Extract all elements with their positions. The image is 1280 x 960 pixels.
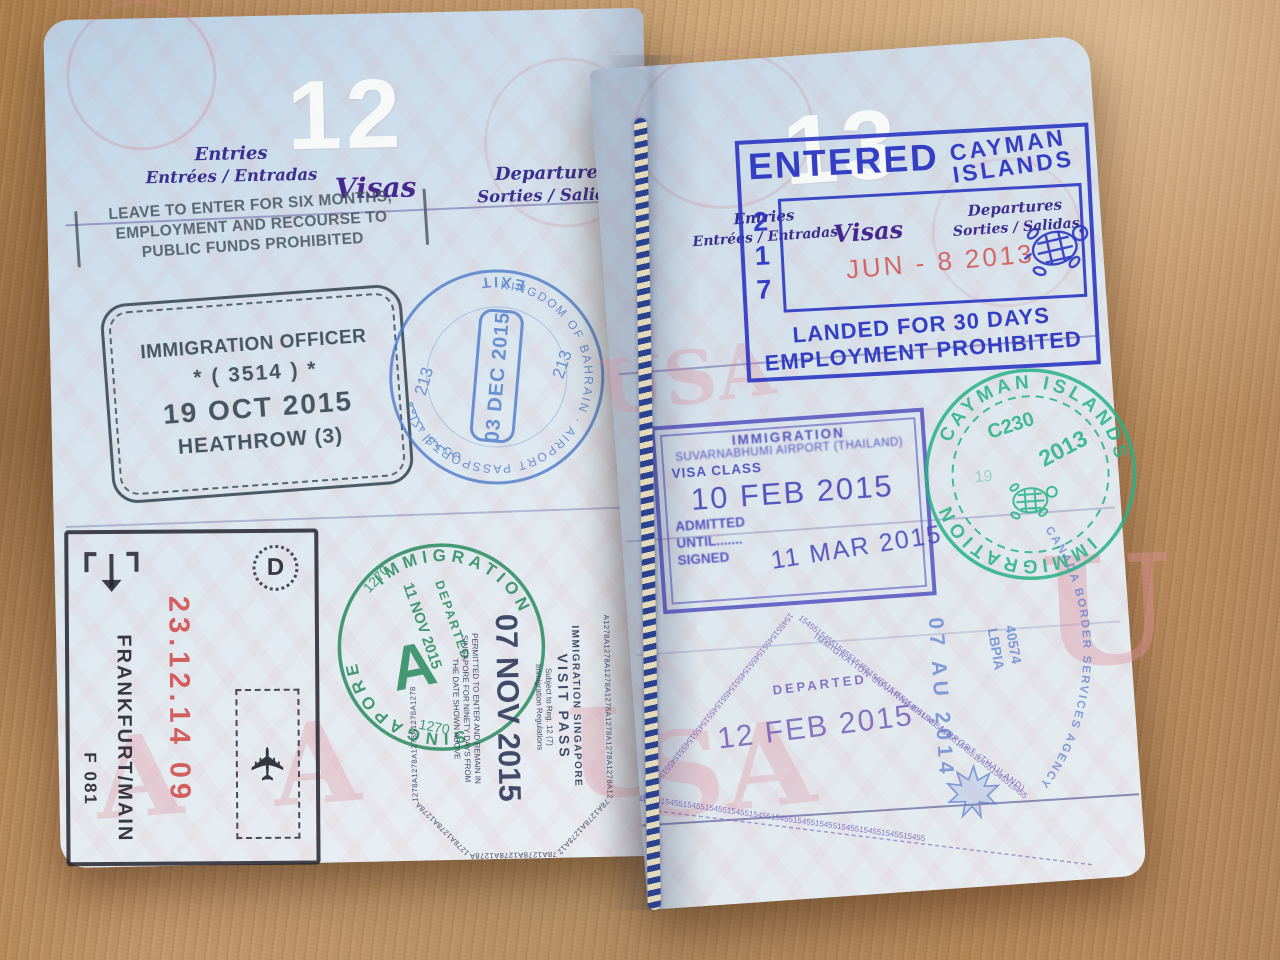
right-visas-label: Visas: [832, 215, 904, 249]
bahrain-date: 03 DEC 2015: [481, 311, 514, 443]
uk-officer-number: * ( 3514 ) *: [193, 358, 319, 391]
cayman-code: C230: [985, 408, 1037, 444]
visit-pass-reg1: Subject to Reg. 12 (7): [544, 668, 555, 746]
frankfurt-exit-stamp: D F 081 FRANKFURT/MAIN 23.12.14 09 ✈: [64, 529, 320, 867]
frankfurt-date: 23.12.14 09: [149, 573, 209, 825]
entries-alt-label: Entrées / Entradas: [116, 163, 346, 189]
uk-officer-date: 19 OCT 2015: [162, 385, 354, 431]
stamp-tick-left: [74, 211, 81, 267]
uk-officer-port: HEATHROW (3): [177, 424, 344, 460]
bahrain-exit-stamp: EXIT KINGDOM OF BAHRAIN · AIRPORT PASSPO…: [370, 250, 623, 508]
left-entries-header: Entries Entrées / Entradas: [116, 140, 347, 190]
left-divider-2: [66, 506, 644, 528]
passport-right-page: 13 Entries Entrées / Entradas Visas Depa…: [589, 35, 1147, 910]
thai-departed-label: DEPARTED: [772, 671, 868, 697]
bahrain-ring-arabic: مملكة البحرين: [400, 399, 463, 470]
uk-immigration-officer-stamp: IMMIGRATION OFFICER * ( 3514 ) * 19 OCT …: [99, 283, 415, 505]
d-country-icon: D: [252, 545, 298, 591]
cayman-entered-stamp: ENTERED CAYMAN ISLANDS 2 1 7 JUN - 8 201…: [735, 122, 1101, 382]
singapore-visit-pass-stamp: A1278A1278A1278A1278A1278A1278A1278A1278…: [402, 551, 618, 865]
cayman-counter: 2 1 7: [752, 205, 772, 307]
bahrain-counter-right: 213: [549, 348, 576, 381]
visit-pass-note1: PERMITTED TO ENTER AND REMAIN IN: [470, 633, 482, 784]
cayman-day: 19: [974, 468, 993, 486]
watermark-ring-1: [65, 0, 218, 152]
visit-pass-reg2: Immigration Regulations: [534, 664, 545, 750]
cayman-round-stamp: CAYMAN ISLANDS IMMIGRATION C230 19 2013: [909, 353, 1153, 601]
airplane-icon: ✈: [241, 744, 295, 783]
airplane-box: ✈: [235, 689, 300, 839]
uk-officer-title: IMMIGRATION OFFICER: [140, 326, 368, 365]
canada-date: 07 AU 2014: [924, 617, 958, 780]
bahrain-counter-left: 213: [411, 365, 437, 398]
visit-pass-type: VISIT PASS: [555, 653, 573, 759]
svg-text:مملكة البحرين: مملكة البحرين: [400, 399, 463, 470]
passport-left-page: 12 Entries Entrées / Entradas Visas Depa…: [43, 8, 661, 868]
cayman-year: 2013: [1034, 425, 1091, 472]
d-letter: D: [267, 554, 285, 582]
stamp-tick-right: [422, 189, 429, 245]
cayman-entered-label: ENTERED: [747, 136, 940, 188]
turtle-icon: [1008, 480, 1059, 520]
frankfurt-city: FRANKFURT/MAIN: [101, 600, 147, 876]
visit-pass-date: 07 NOV 2015: [489, 614, 528, 803]
